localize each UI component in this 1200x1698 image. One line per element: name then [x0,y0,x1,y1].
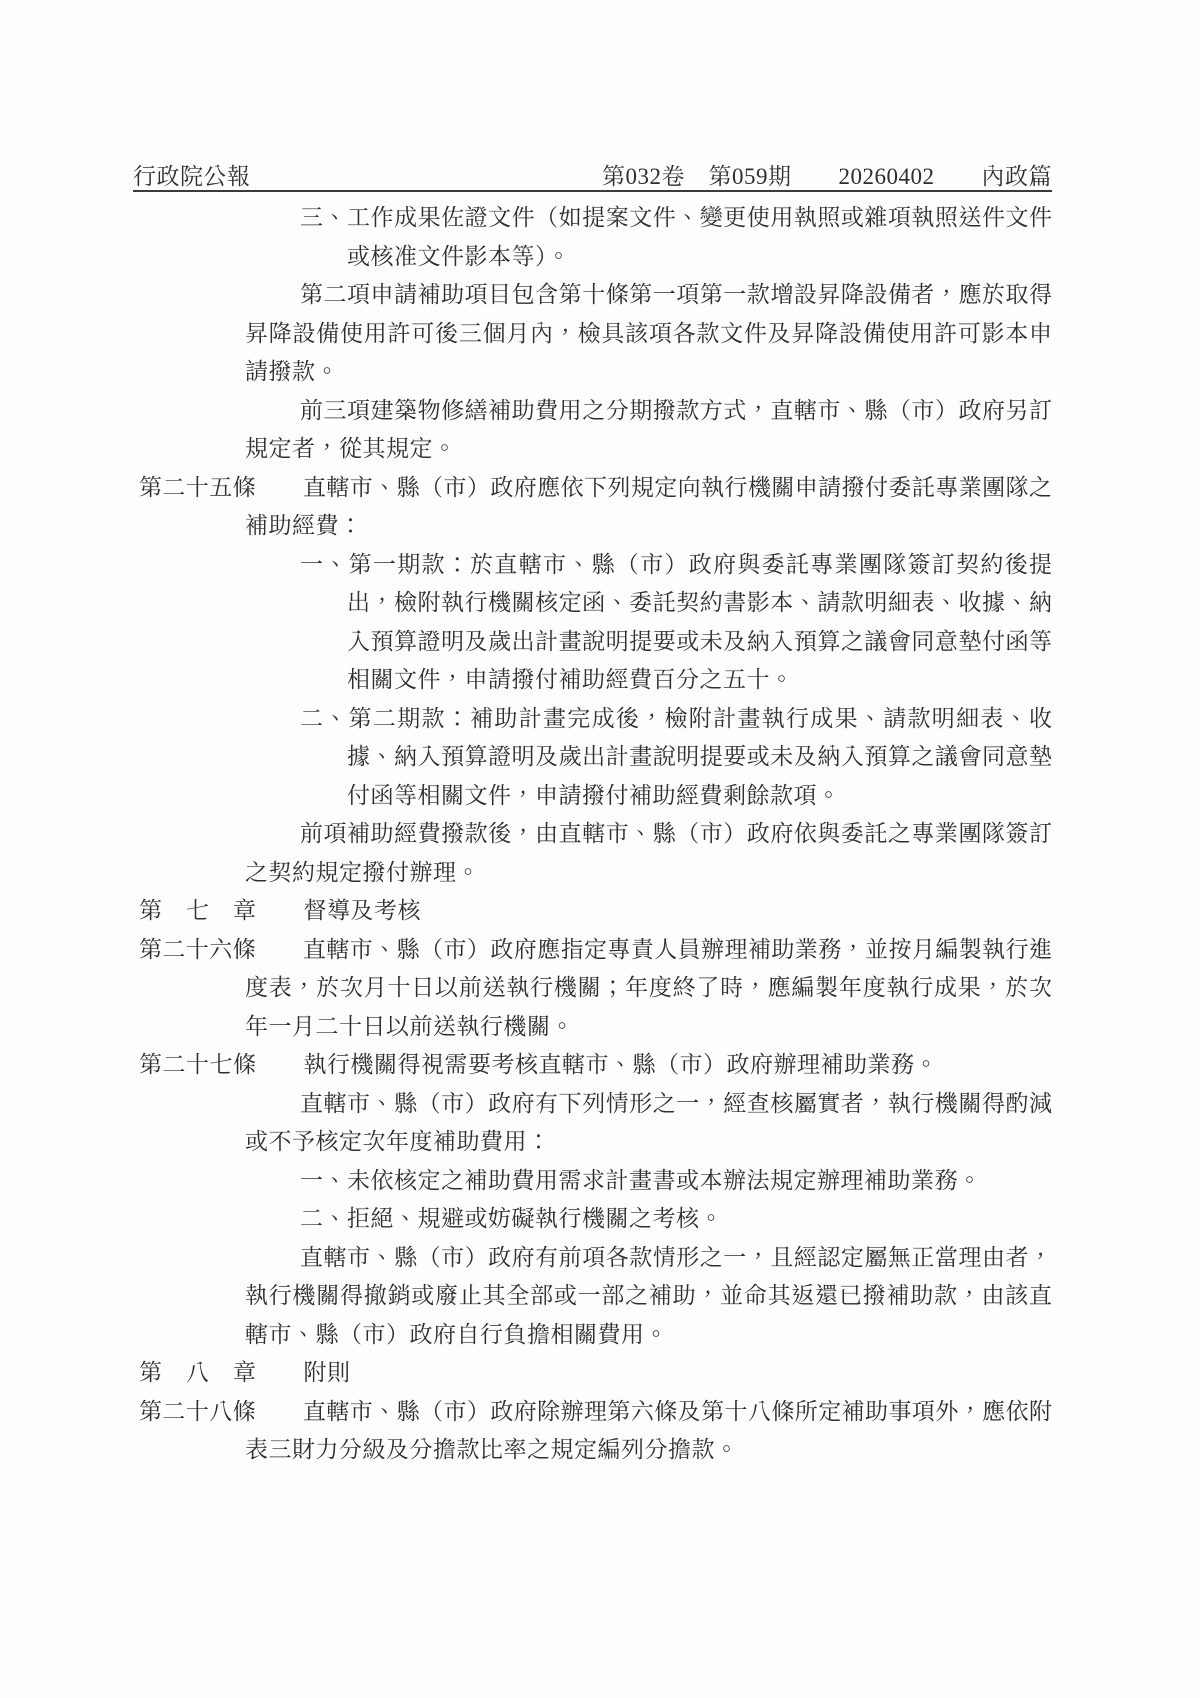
document-line: 直轄市、縣（市）政府有下列情形之一，經查核屬實者，執行機關得酌減 [300,1085,1052,1124]
document-line: 一、未依核定之補助費用需求計畫書或本辦法規定辦理補助業務。 [300,1162,1052,1201]
gazette-page: 行政院公報 第032卷 第059期 20260402 內政篇 三、工作成果佐證文… [0,0,1200,1698]
document-line: 執行機關得撤銷或廢止其全部或一部之補助，並命其返還已撥補助款，由該直 [245,1277,1052,1316]
document-line: 出，檢附執行機關核定函、委託契約書影本、請款明細表、收據、納 [347,584,1052,623]
document-line: 第二十七條 執行機關得視需要考核直轄市、縣（市）政府辦理補助業務。 [139,1046,1052,1085]
document-line: 二、第二期款：補助計畫完成後，檢附計畫執行成果、請款明細表、收 [300,700,1052,739]
document-line: 或不予核定次年度補助費用： [245,1123,1052,1162]
document-line: 付函等相關文件，申請撥付補助經費剩餘款項。 [347,777,1052,816]
document-line: 第二十六條 直轄市、縣（市）政府應指定專責人員辦理補助業務，並按月編製執行進 [139,931,1052,970]
document-line: 前三項建築物修繕補助費用之分期撥款方式，直轄市、縣（市）政府另訂 [300,392,1052,431]
document-line: 三、工作成果佐證文件（如提案文件、變更使用執照或雜項執照送件文件 [300,199,1052,238]
document-line: 昇降設備使用許可後三個月內，檢具該項各款文件及昇降設備使用許可影本申 [245,315,1052,354]
document-line: 第二十八條 直轄市、縣（市）政府除辦理第六條及第十八條所定補助事項外，應依附 [139,1393,1052,1432]
document-line: 直轄市、縣（市）政府有前項各款情形之一，且經認定屬無正當理由者， [300,1239,1052,1278]
header-rule [133,190,1052,192]
document-line: 或核准文件影本等）。 [347,238,1052,277]
document-line: 一、第一期款：於直轄市、縣（市）政府與委託專業團隊簽訂契約後提 [300,546,1052,585]
publication-title: 行政院公報 [133,158,251,191]
document-line: 二、拒絕、規避或妨礙執行機關之考核。 [300,1200,1052,1239]
document-line: 表三財力分級及分擔款比率之規定編列分擔款。 [245,1431,1052,1470]
document-line: 之契約規定撥付辦理。 [245,854,1052,893]
document-line: 補助經費： [245,507,1052,546]
document-body: 三、工作成果佐證文件（如提案文件、變更使用執照或雜項執照送件文件 或核准文件影本… [133,199,1052,1470]
document-line: 轄市、縣（市）政府自行負擔相關費用。 [245,1316,1052,1355]
document-line: 度表，於次月十日以前送執行機關；年度終了時，應編製年度執行成果，於次 [245,969,1052,1008]
chapter-heading: 第 八 章 附則 [139,1354,1052,1393]
document-line: 入預算證明及歲出計畫說明提要或未及納入預算之議會同意墊付函等 [347,623,1052,662]
chapter-heading: 第 七 章 督導及考核 [139,892,1052,931]
document-line: 規定者，從其規定。 [245,430,1052,469]
document-line: 第二項申請補助項目包含第十條第一項第一款增設昇降設備者，應於取得 [300,276,1052,315]
document-line: 相關文件，申請撥付補助經費百分之五十。 [347,661,1052,700]
page-header: 行政院公報 第032卷 第059期 20260402 內政篇 [133,158,1052,191]
document-line: 第二十五條 直轄市、縣（市）政府應依下列規定向執行機關申請撥付委託專業團隊之 [139,469,1052,508]
issue-info: 第032卷 第059期 20260402 內政篇 [602,158,1052,191]
document-line: 據、納入預算證明及歲出計畫說明提要或未及納入預算之議會同意墊 [347,738,1052,777]
document-line: 請撥款。 [245,353,1052,392]
document-line: 前項補助經費撥款後，由直轄市、縣（市）政府依與委託之專業團隊簽訂 [300,815,1052,854]
document-line: 年一月二十日以前送執行機關。 [245,1008,1052,1047]
